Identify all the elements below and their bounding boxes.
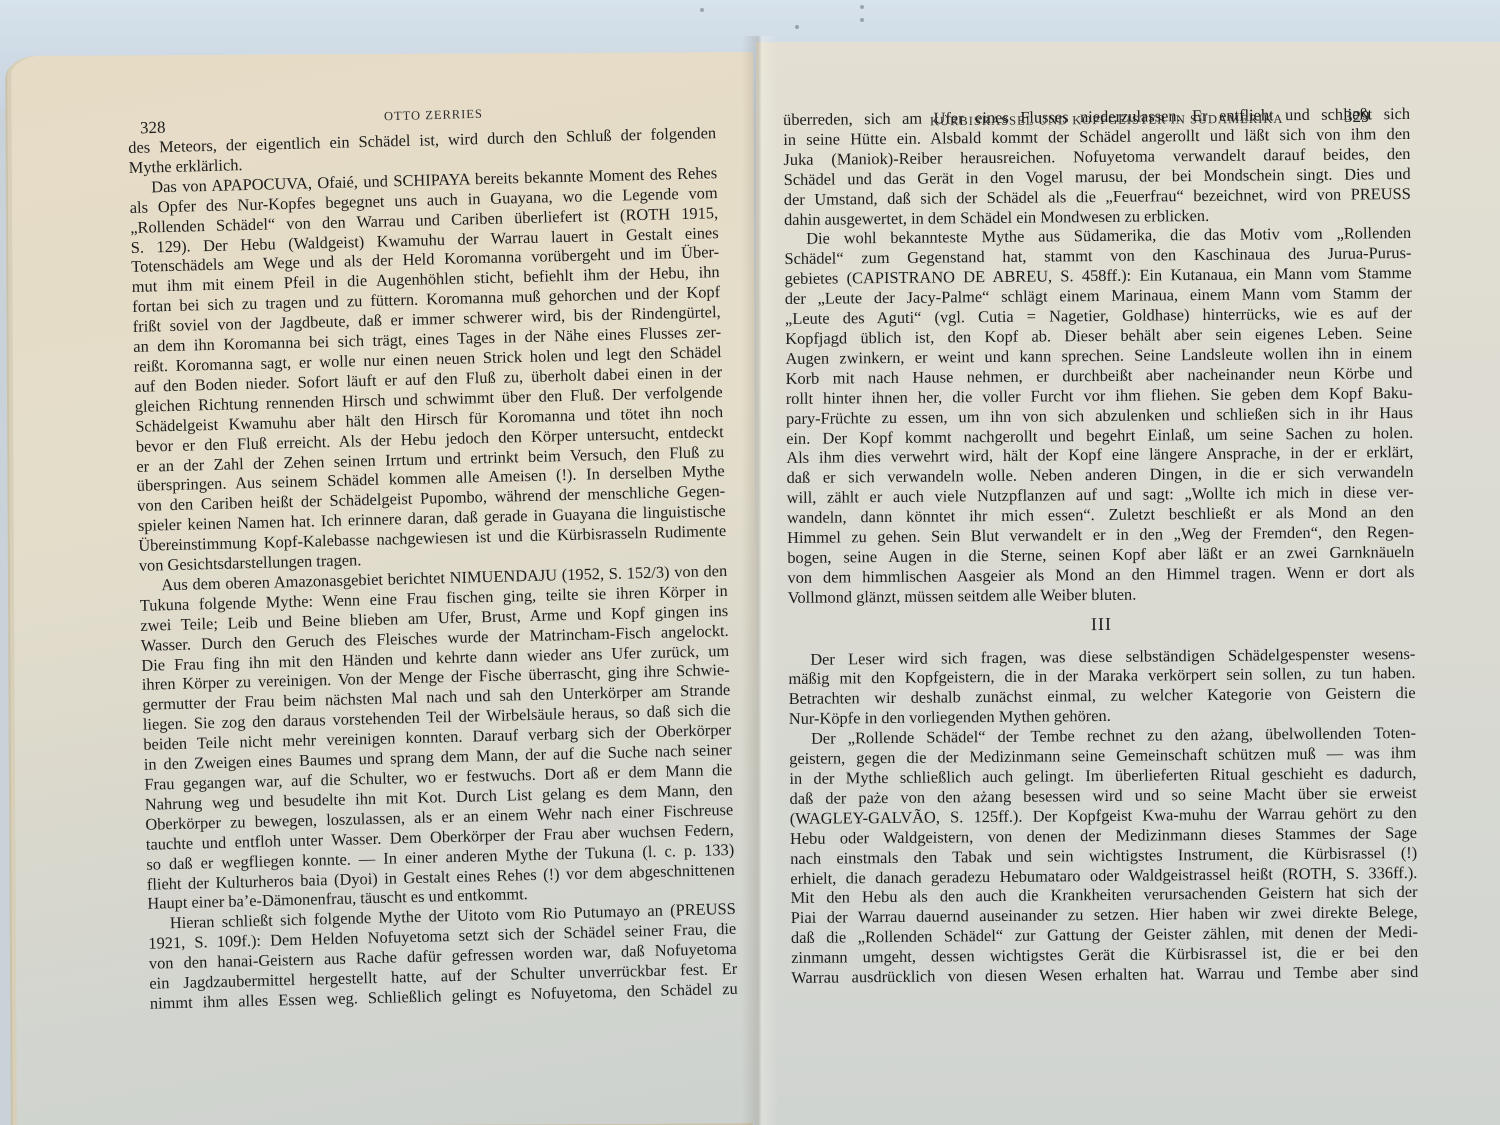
left-page-number: 328 (140, 118, 166, 139)
speck (700, 8, 704, 12)
speck (860, 5, 864, 9)
left-page-body: des Meteors, der eigentlich ein Schädel … (128, 123, 738, 1013)
speck (860, 18, 864, 22)
section-heading: III (788, 612, 1415, 638)
speck (795, 25, 799, 29)
right-page-body: überreden, sich am Ufer eines Flusses ni… (783, 104, 1418, 988)
left-running-header: OTTO ZERRIES (384, 107, 483, 125)
book-gutter (742, 36, 778, 1125)
